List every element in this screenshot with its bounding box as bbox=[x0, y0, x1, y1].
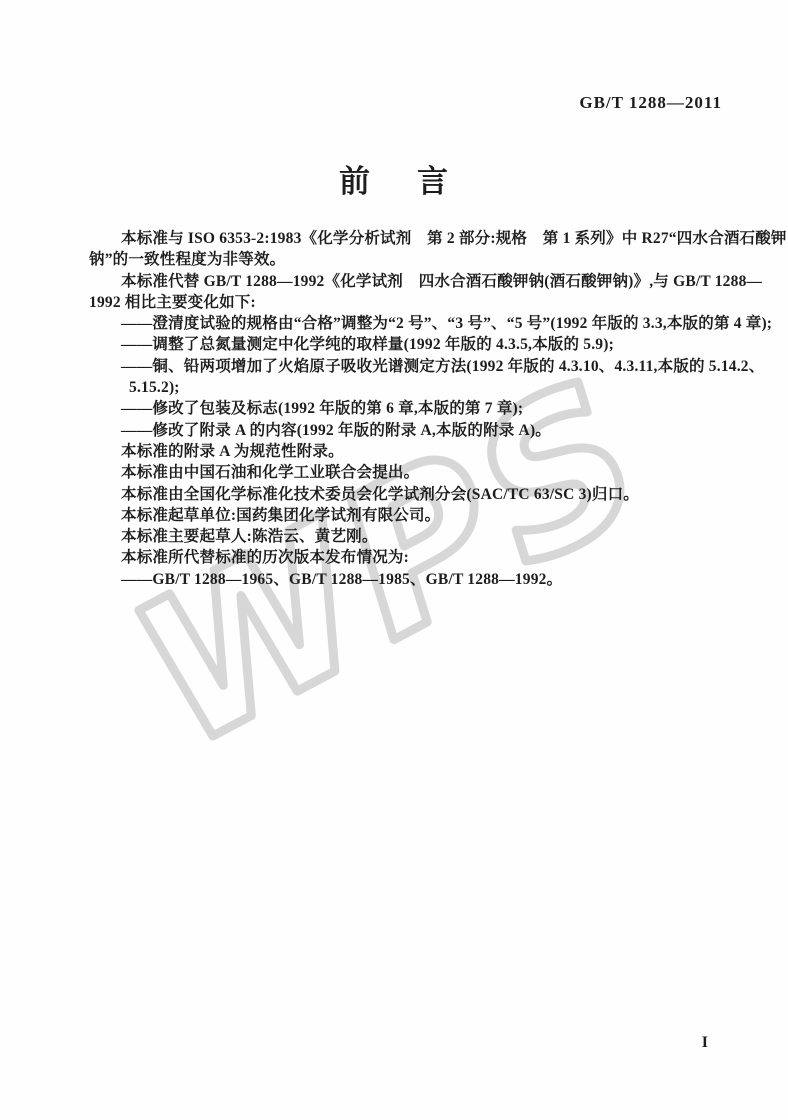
body-line: 本标准与 ISO 6353-2:1983《化学分析试剂 第 2 部分:规格 第 … bbox=[89, 228, 734, 249]
body-line: 本标准所代替标准的历次版本发布情况为: bbox=[89, 547, 734, 568]
body-line-dash: ——铜、铅两项增加了火焰原子吸收光谱测定方法(1992 年版的 4.3.10、4… bbox=[89, 356, 734, 377]
body-line: 本标准由中国石油和化学工业联合会提出。 bbox=[89, 462, 734, 483]
foreword-title-char-2: 言 bbox=[417, 156, 449, 201]
body-line: 5.15.2); bbox=[89, 377, 734, 398]
body-line: 本标准的附录 A 为规范性附录。 bbox=[89, 441, 734, 462]
body-line-dash: ——调整了总氮量测定中化学纯的取样量(1992 年版的 4.3.5,本版的 5.… bbox=[89, 334, 734, 355]
body-line-dash: ——GB/T 1288—1965、GB/T 1288—1985、GB/T 128… bbox=[89, 569, 734, 590]
body-line-dash: ——修改了包装及标志(1992 年版的第 6 章,本版的第 7 章); bbox=[89, 398, 734, 419]
body-line: 本标准主要起草人:陈浩云、黄艺刚。 bbox=[89, 526, 734, 547]
body-line: 1992 相比主要变化如下: bbox=[89, 292, 734, 313]
content-layer: GB/T 1288—2011 前 言 本标准与 ISO 6353-2:1983《… bbox=[0, 0, 788, 1120]
foreword-title: 前 言 bbox=[0, 156, 788, 201]
document-page: WPS GB/T 1288—2011 前 言 本标准与 ISO 6353-2:1… bbox=[0, 0, 788, 1120]
standard-code: GB/T 1288—2011 bbox=[579, 93, 722, 113]
body-line-dash: ——澄清度试验的规格由“合格”调整为“2 号”、“3 号”、“5 号”(1992… bbox=[89, 313, 734, 334]
body-line: 本标准代替 GB/T 1288—1992《化学试剂 四水合酒石酸钾钠(酒石酸钾钠… bbox=[89, 271, 734, 292]
foreword-body: 本标准与 ISO 6353-2:1983《化学分析试剂 第 2 部分:规格 第 … bbox=[89, 228, 734, 590]
foreword-title-char-1: 前 bbox=[339, 156, 371, 201]
body-line: 钠”的一致性程度为非等效。 bbox=[89, 249, 734, 270]
page-number: I bbox=[702, 1034, 708, 1052]
body-line: 本标准由全国化学标准化技术委员会化学试剂分会(SAC/TC 63/SC 3)归口… bbox=[89, 484, 734, 505]
body-line-dash: ——修改了附录 A 的内容(1992 年版的附录 A,本版的附录 A)。 bbox=[89, 420, 734, 441]
body-line: 本标准起草单位:国药集团化学试剂有限公司。 bbox=[89, 505, 734, 526]
